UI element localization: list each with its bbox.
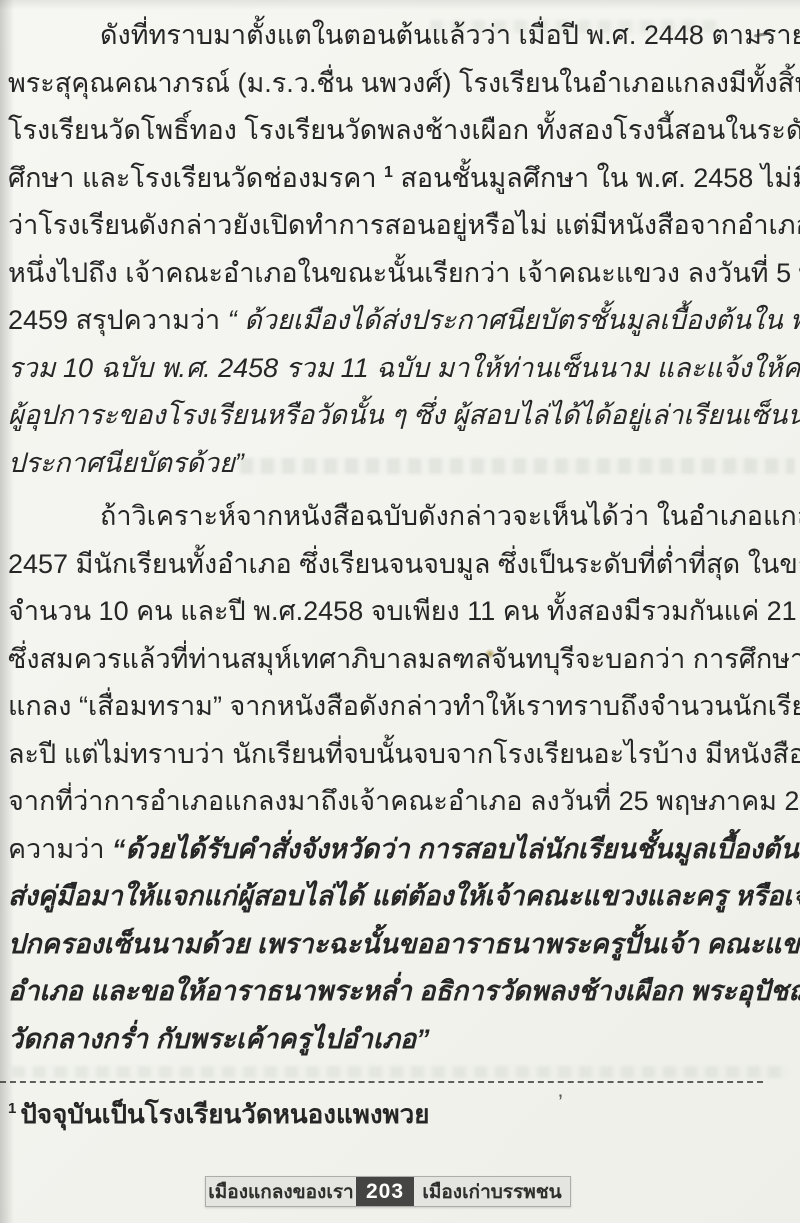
text-segment: “ ด้วยเมืองได้ส่งประกาศนียบัตรชั้นมูลเบื… bbox=[228, 305, 800, 335]
text-segment: พระสุคุณคณาภรณ์ (ม.ร.ว.ชื่น นพวงศ์) โรงเ… bbox=[8, 68, 800, 98]
text-segment: ประกาศนียบัตรด้วย” bbox=[8, 448, 244, 478]
body-text: ดังที่ทราบมาตั้งแตในตอนต้นแล้วว่า เมื่อป… bbox=[8, 12, 796, 1063]
text-line: ผู้อุปการะของโรงเรียนหรือวัดนั้น ๆ ซึ่ง … bbox=[8, 392, 796, 440]
text-segment: ซึ่งสมควรแล้วที่ท่านสมุห์เทศาภิบาลมลฑลจั… bbox=[8, 644, 800, 674]
text-segment: ความว่า bbox=[8, 834, 112, 864]
text-line: พระสุคุณคณาภรณ์ (ม.ร.ว.ชื่น นพวงศ์) โรงเ… bbox=[8, 60, 796, 108]
speck-artifact: ’ bbox=[558, 1090, 563, 1116]
text-segment: รวม 10 ฉบับ พ.ศ. 2458 รวม 11 ฉบับ มาให้ท… bbox=[8, 353, 800, 383]
text-segment: จำนวน 10 คน และปี พ.ศ.2458 จบเพียง 11 คน… bbox=[8, 596, 800, 626]
text-segment: 2459 สรุปความว่า bbox=[8, 305, 228, 335]
text-segment: อำเภอ และขอให้อาราธนาพระหล่ำ อธิการวัดพล… bbox=[8, 976, 800, 1006]
text-line: หนึ่งไปถึง เจ้าคณะอำเภอในขณะนั้นเรียกว่า… bbox=[8, 250, 796, 298]
text-segment: ละปี แต่ไม่ทราบว่า นักเรียนที่จบนั้นจบจา… bbox=[8, 739, 800, 769]
text-line: ถ้าวิเคราะห์จากหนังสือฉบับดังกล่าวจะเห็น… bbox=[8, 493, 796, 541]
text-segment: วัดกลางกร่ำ กับพระเค้าครูไปอำเภอ” bbox=[8, 1024, 430, 1054]
paragraph-1: ดังที่ทราบมาตั้งแตในตอนต้นแล้วว่า เมื่อป… bbox=[8, 12, 796, 487]
footnote-separator-rule bbox=[0, 1081, 763, 1083]
text-segment: ศึกษา และโรงเรียนวัดช่องมรคา bbox=[8, 163, 384, 193]
book-page: ’ ดังที่ทราบมาตั้งแตในตอนต้นแล้วว่า เมื่… bbox=[0, 0, 800, 1223]
text-line: แกลง “เสื่อมทราม” จากหนังสือดังกล่าวทำให… bbox=[8, 683, 796, 731]
footer-page-number: 203 bbox=[356, 1177, 414, 1206]
footer-section-title: เมืองเก่าบรรพชน bbox=[414, 1177, 570, 1206]
text-line: ว่าโรงเรียนดังกล่าวยังเปิดทำการสอนอยู่หร… bbox=[8, 202, 796, 250]
text-line: ประกาศนียบัตรด้วย” bbox=[8, 440, 796, 488]
text-segment: ถ้าวิเคราะห์จากหนังสือฉบับดังกล่าวจะเห็น… bbox=[100, 501, 800, 531]
footer-book-title: เมืองแกลงของเรา bbox=[206, 1177, 356, 1206]
text-segment: หนึ่งไปถึง เจ้าคณะอำเภอในขณะนั้นเรียกว่า… bbox=[8, 258, 800, 288]
text-line: ละปี แต่ไม่ทราบว่า นักเรียนที่จบนั้นจบจา… bbox=[8, 731, 796, 779]
text-line: รวม 10 ฉบับ พ.ศ. 2458 รวม 11 ฉบับ มาให้ท… bbox=[8, 345, 796, 393]
text-line: 2459 สรุปความว่า “ ด้วยเมืองได้ส่งประกาศ… bbox=[8, 297, 796, 345]
text-line: ดังที่ทราบมาตั้งแตในตอนต้นแล้วว่า เมื่อป… bbox=[8, 12, 796, 60]
text-segment: 2457 มีนักเรียนทั้งอำเภอ ซึ่งเรียนจนจบมู… bbox=[8, 549, 800, 579]
text-line: โรงเรียนวัดโพธิ์ทอง โรงเรียนวัดพลงช้างเผ… bbox=[8, 107, 796, 155]
scan-bleed-artifact bbox=[12, 1066, 787, 1078]
text-line: ความว่า “ด้วยได้รับคำสั่งจังหวัดว่า การส… bbox=[8, 826, 796, 874]
text-segment: ส่งคู่มือมาให้แจกแก่ผู้สอบไล่ได้ แต่ต้อง… bbox=[8, 881, 800, 911]
text-segment: โรงเรียนวัดโพธิ์ทอง โรงเรียนวัดพลงช้างเผ… bbox=[8, 115, 800, 145]
footnote-reference: 1 bbox=[384, 164, 393, 181]
text-segment: จากที่ว่าการอำเภอแกลงมาถึงเจ้าคณะอำเภอ ล… bbox=[8, 786, 800, 816]
text-line: ส่งคู่มือมาให้แจกแก่ผู้สอบไล่ได้ แต่ต้อง… bbox=[8, 873, 796, 921]
text-line: ซึ่งสมควรแล้วที่ท่านสมุห์เทศาภิบาลมลฑลจั… bbox=[8, 636, 796, 684]
text-segment: ดังที่ทราบมาตั้งแตในตอนต้นแล้วว่า เมื่อป… bbox=[100, 20, 800, 50]
footnote-text: ปัจจุบันเป็นโรงเรียนวัดหนองแพงพวย bbox=[20, 1099, 429, 1129]
paragraph-2: ถ้าวิเคราะห์จากหนังสือฉบับดังกล่าวจะเห็น… bbox=[8, 493, 796, 1063]
text-line: อำเภอ และขอให้อาราธนาพระหล่ำ อธิการวัดพล… bbox=[8, 968, 796, 1016]
text-segment: ว่าโรงเรียนดังกล่าวยังเปิดทำการสอนอยู่หร… bbox=[8, 210, 800, 240]
scan-edge-shadow bbox=[0, 0, 800, 10]
footer-bar: เมืองแกลงของเรา 203 เมืองเก่าบรรพชน bbox=[205, 1176, 571, 1207]
text-line: จากที่ว่าการอำเภอแกลงมาถึงเจ้าคณะอำเภอ ล… bbox=[8, 778, 796, 826]
text-line: วัดกลางกร่ำ กับพระเค้าครูไปอำเภอ” bbox=[8, 1016, 796, 1064]
text-line: ปกครองเซ็นนามด้วย เพราะฉะนั้นขออาราธนาพร… bbox=[8, 921, 796, 969]
text-line: ศึกษา และโรงเรียนวัดช่องมรคา 1 สอนชั้นมู… bbox=[8, 155, 796, 203]
text-segment: “ด้วยได้รับคำสั่งจังหวัดว่า การสอบไล่นัก… bbox=[112, 834, 800, 864]
footnote: 1ปัจจุบันเป็นโรงเรียนวัดหนองแพงพวย bbox=[8, 1094, 430, 1135]
text-line: 2457 มีนักเรียนทั้งอำเภอ ซึ่งเรียนจนจบมู… bbox=[8, 541, 796, 589]
text-segment: สอนชั้นมูลศึกษา ใน พ.ศ. 2458 ไม่มีเอกสาร bbox=[393, 163, 800, 193]
text-segment: แกลง “เสื่อมทราม” จากหนังสือดังกล่าวทำให… bbox=[8, 691, 800, 721]
text-segment: ผู้อุปการะของโรงเรียนหรือวัดนั้น ๆ ซึ่ง … bbox=[8, 400, 800, 430]
text-segment: ปกครองเซ็นนามด้วย เพราะฉะนั้นขออาราธนาพร… bbox=[8, 929, 800, 959]
footnote-marker: 1 bbox=[8, 1100, 16, 1117]
text-line: จำนวน 10 คน และปี พ.ศ.2458 จบเพียง 11 คน… bbox=[8, 588, 796, 636]
